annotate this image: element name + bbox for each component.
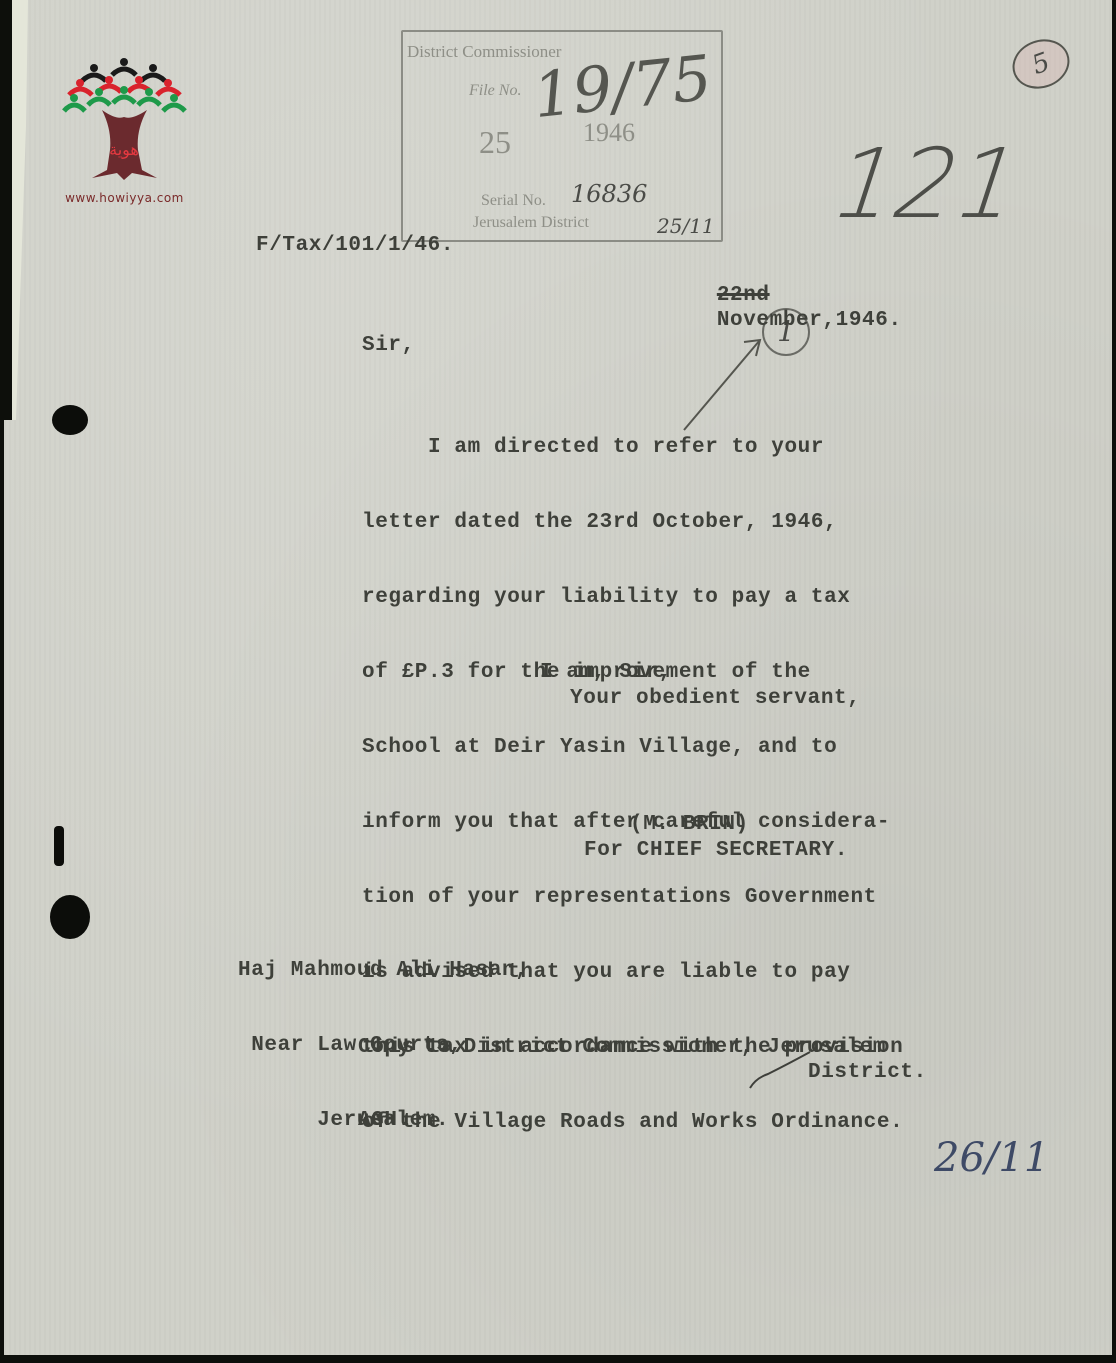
- howiyya-logo: هوية www.howiyya.com: [52, 55, 197, 210]
- salutation: Sir,: [362, 333, 415, 358]
- body-line: letter dated the 23rd October, 1946,: [362, 510, 903, 535]
- letter-date: 22nd November,1946.: [664, 258, 902, 358]
- closing-line-2: Your obedient servant,: [570, 686, 860, 711]
- tree-people-icon: هوية: [52, 55, 197, 190]
- date-text: November,1946.: [717, 309, 902, 332]
- punch-hole: [52, 405, 88, 435]
- addressee-line: Haj Mahmoud Ali Hasan,: [238, 958, 528, 983]
- body-line: I am directed to refer to your: [362, 435, 903, 460]
- stamp-date-year: 1946: [583, 118, 635, 148]
- circled-page-number: 5: [1006, 32, 1077, 97]
- body-line: regarding your liability to pay a tax: [362, 585, 903, 610]
- initials-date: 26/11: [934, 1135, 1049, 1181]
- closing-line-1: I am, Sir,: [540, 660, 672, 685]
- signatory-name: (M. BRIN): [630, 812, 749, 837]
- stamp-footer: Jerusalem District: [473, 214, 589, 232]
- body-line: tion of your representations Government: [362, 885, 903, 910]
- typist-initials: AGH.: [358, 1108, 411, 1133]
- file-reference: F/Tax/101/1/46.: [256, 233, 454, 258]
- document-page: هوية www.howiyya.com District Commission…: [4, 0, 1112, 1355]
- signatory-title: For CHIEF SECRETARY.: [584, 838, 848, 863]
- stamp-date-day: 25: [479, 124, 511, 161]
- body-line: School at Deir Yasin Village, and to: [362, 735, 903, 760]
- punch-hole: [54, 826, 64, 866]
- checkmark-icon: [746, 1048, 816, 1092]
- stamp-file-label: File No.: [469, 82, 521, 100]
- copy-to-line-2: District.: [808, 1060, 927, 1085]
- stamp-serial-number: 16836: [571, 180, 647, 208]
- folio-number: 121: [818, 128, 1038, 240]
- struck-date: 22nd: [717, 284, 770, 307]
- svg-text:هوية: هوية: [109, 140, 139, 160]
- stamp-serial-label: Serial No.: [481, 192, 546, 210]
- stamp-handwritten-date: 25/11: [657, 214, 715, 238]
- registry-stamp: District Commissioner File No. 19/75 25 …: [401, 30, 723, 242]
- torn-edge: [4, 0, 44, 420]
- site-url: www.howiyya.com: [52, 191, 197, 205]
- punch-hole: [50, 895, 90, 939]
